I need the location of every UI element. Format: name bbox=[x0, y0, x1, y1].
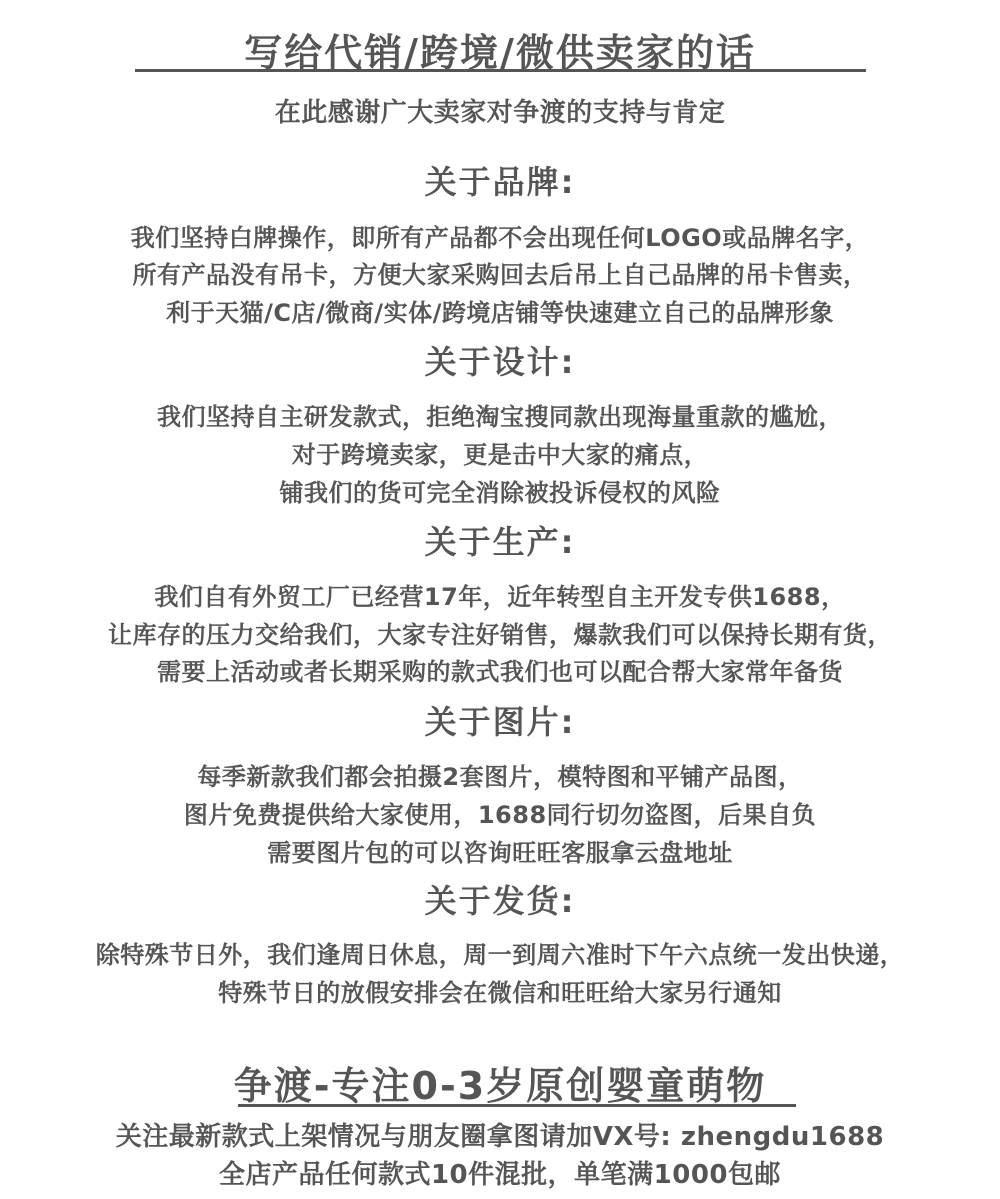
section-line: 需要图片包的可以咨询旺旺客服拿云盘地址 bbox=[0, 833, 1000, 868]
section-heading-production: 关于生产: bbox=[0, 517, 1000, 563]
section-line: 特殊节日的放假安排会在微信和旺旺给大家另行通知 bbox=[0, 973, 1000, 1008]
section-heading-images: 关于图片: bbox=[0, 697, 1000, 743]
section-line: 利于天猫/C店/微商/实体/跨境店铺等快速建立自己的品牌形象 bbox=[0, 293, 1000, 328]
footer-wholesale-line: 全店产品任何款式10件混批，单笔满1000包邮 bbox=[0, 1154, 1000, 1191]
section-line: 铺我们的货可完全消除被投诉侵权的风险 bbox=[0, 473, 1000, 508]
section-line: 对于跨境卖家，更是击中大家的痛点， bbox=[0, 435, 1000, 470]
section-heading-design: 关于设计: bbox=[0, 337, 1000, 383]
section-line: 每季新款我们都会拍摄2套图片，模特图和平铺产品图， bbox=[0, 757, 1000, 792]
footer-contact-line: 关注最新款式上架情况与朋友圈拿图请加VX号: zhengdu1688 bbox=[0, 1116, 1000, 1153]
title-divider bbox=[135, 69, 866, 72]
section-line: 需要上活动或者长期采购的款式我们也可以配合帮大家常年备货 bbox=[0, 652, 1000, 687]
section-heading-shipping: 关于发货: bbox=[0, 876, 1000, 922]
section-line: 除特殊节日外，我们逢周日休息，周一到周六准时下午六点统一发出快递， bbox=[0, 935, 1000, 970]
section-line: 所有产品没有吊卡，方便大家采购回去后吊上自己品牌的吊卡售卖， bbox=[0, 255, 1000, 290]
section-line: 我们坚持自主研发款式，拒绝淘宝搜同款出现海量重款的尴尬， bbox=[0, 397, 1000, 432]
section-line: 图片免费提供给大家使用，1688同行切勿盗图，后果自负 bbox=[0, 795, 1000, 830]
section-line: 我们坚持白牌操作，即所有产品都不会出现任何LOGO或品牌名字， bbox=[0, 218, 1000, 253]
section-heading-brand: 关于品牌: bbox=[0, 157, 1000, 203]
section-line: 我们自有外贸工厂已经营17年，近年转型自主开发专供1688， bbox=[0, 577, 1000, 612]
page-subtitle: 在此感谢广大卖家对争渡的支持与肯定 bbox=[0, 92, 1000, 129]
footer-divider bbox=[238, 1104, 796, 1107]
section-line: 让库存的压力交给我们，大家专注好销售，爆款我们可以保持长期有货， bbox=[0, 615, 1000, 650]
footer-title: 争渡-专注0-3岁原创婴童萌物 bbox=[0, 1055, 1000, 1110]
